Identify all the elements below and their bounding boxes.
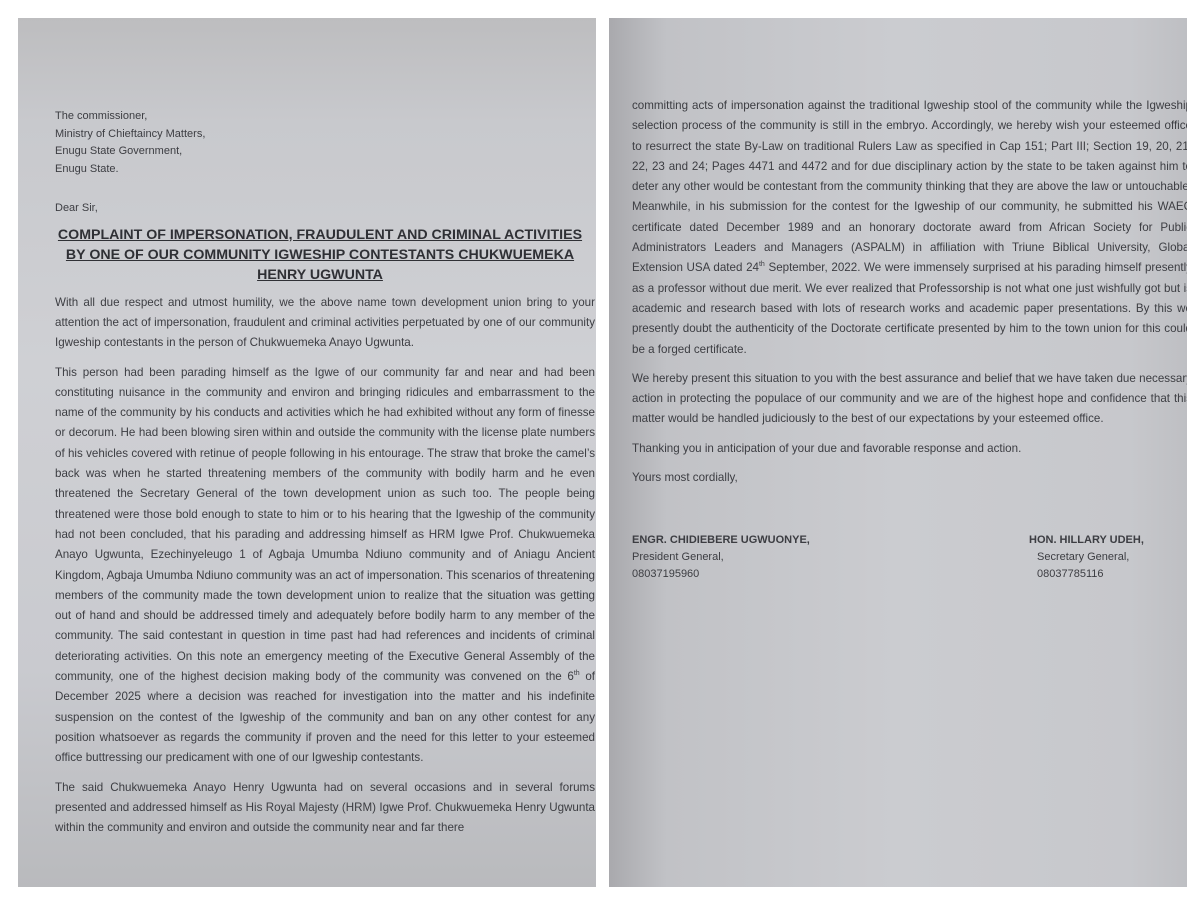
letter-subject: COMPLAINT OF IMPERSONATION, FRAUDULENT A… bbox=[55, 225, 595, 285]
signatory-title: Secretary General, bbox=[1037, 549, 1144, 566]
signatory-name: ENGR. CHIDIEBERE UGWUONYE, bbox=[632, 532, 810, 549]
letter-page-1: The commissioner, Ministry of Chieftainc… bbox=[18, 18, 596, 887]
salutation: Dear Sir, bbox=[55, 198, 595, 218]
addressee-line: Enugu State. bbox=[55, 161, 595, 179]
signatory-secretary: HON. HILLARY UDEH, Secretary General, 08… bbox=[1037, 532, 1144, 583]
body-paragraph: Thanking you in anticipation of your due… bbox=[632, 439, 1187, 459]
signatory-title: President General, bbox=[632, 549, 810, 566]
body-paragraph: The said Chukwuemeka Anayo Henry Ugwunta… bbox=[55, 778, 595, 839]
signatory-phone: 08037785116 bbox=[1037, 566, 1144, 583]
addressee-line: Enugu State Government, bbox=[55, 143, 595, 161]
signatory-name: HON. HILLARY UDEH, bbox=[1029, 532, 1144, 549]
signature-block: ENGR. CHIDIEBERE UGWUONYE, President Gen… bbox=[632, 532, 1187, 592]
body-paragraph: committing acts of impersonation against… bbox=[632, 96, 1187, 360]
letter-page-2: committing acts of impersonation against… bbox=[609, 18, 1187, 887]
signatory-president: ENGR. CHIDIEBERE UGWUONYE, President Gen… bbox=[632, 532, 810, 583]
addressee-block: The commissioner, Ministry of Chieftainc… bbox=[55, 108, 595, 178]
body-paragraph: We hereby present this situation to you … bbox=[632, 369, 1187, 430]
page-2-content: committing acts of impersonation against… bbox=[632, 96, 1187, 592]
closing: Yours most cordially, bbox=[632, 468, 1187, 488]
addressee-line: The commissioner, bbox=[55, 108, 595, 126]
page-1-content: The commissioner, Ministry of Chieftainc… bbox=[55, 108, 595, 847]
addressee-line: Ministry of Chieftaincy Matters, bbox=[55, 126, 595, 144]
body-paragraph: This person had been parading himself as… bbox=[55, 363, 595, 769]
body-paragraph: With all due respect and utmost humility… bbox=[55, 293, 595, 354]
signatory-phone: 08037195960 bbox=[632, 566, 810, 583]
